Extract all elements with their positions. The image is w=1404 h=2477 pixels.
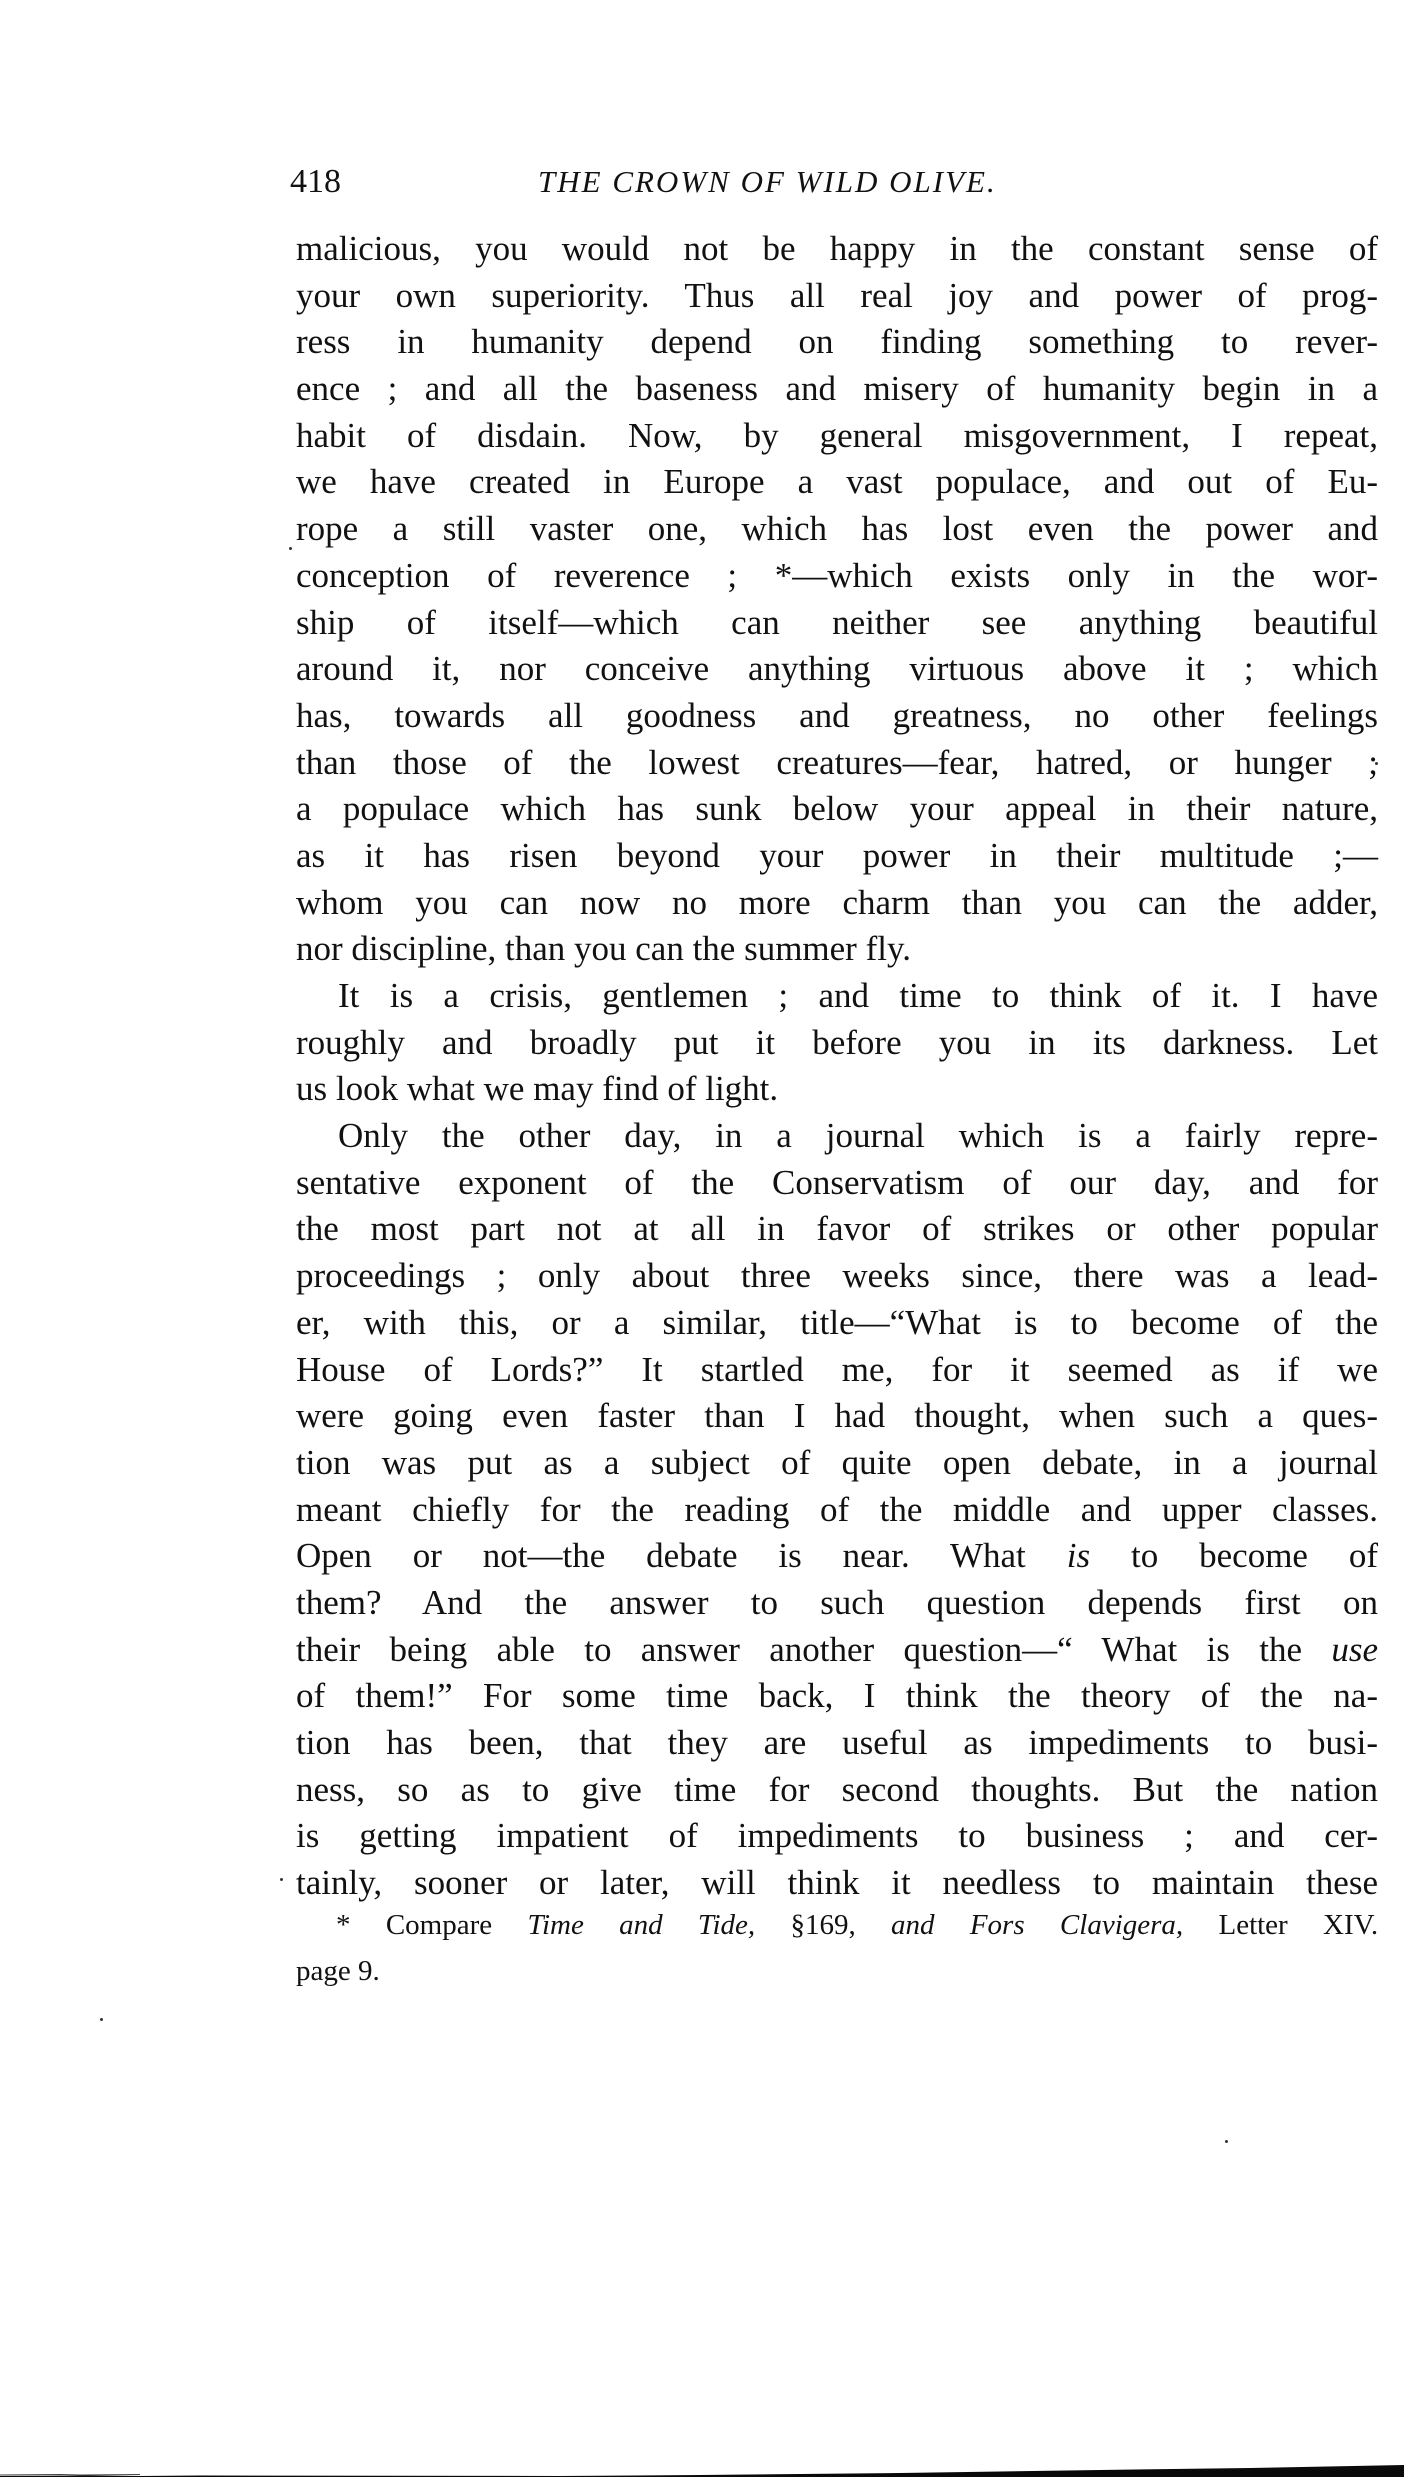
text-line-with-italic: Open or not—the debate is near. What is … [296,1533,1378,1580]
running-title: THE CROWN OF WILD OLIVE. [538,160,997,204]
text-line: sentative exponent of the Conservatism o… [296,1160,1378,1207]
text-line: as it has risen beyond your power in the… [296,833,1378,880]
text-line: ship of itself—which can neither see any… [296,600,1378,647]
italic-emphasis: is [1067,1536,1090,1575]
text-line: ness, so as to give time for second thou… [296,1767,1378,1814]
text-line: House of Lords?” It startled me, for it … [296,1347,1378,1394]
text-line: whom you can now no more charm than you … [296,880,1378,927]
footnote-work-title: Fors Clavigera, [970,1909,1183,1941]
text-line-with-italic: their being able to answer another quest… [296,1627,1378,1674]
running-head: 418 THE CROWN OF WILD OLIVE. [290,160,1380,204]
text-line: ress in humanity depend on finding somet… [296,319,1378,366]
scan-speck [100,2018,103,2021]
text-line: nor discipline, than you can the summer … [296,926,1378,973]
book-page: 418 THE CROWN OF WILD OLIVE. malicious, … [0,0,1404,2477]
footnote-text: and [891,1909,935,1941]
footnote-letter: Letter XIV. [1218,1909,1378,1941]
text-line: has, towards all goodness and greatness,… [296,693,1378,740]
footnote-section: §169, [790,1909,855,1941]
text-line: ence ; and all the baseness and misery o… [296,366,1378,413]
footnote-work-title: Time and Tide, [527,1909,755,1941]
text-line: of them!” For some time back, I think th… [296,1673,1378,1720]
footnote: * Compare Time and Tide, §169, and Fors … [296,1902,1378,1994]
paragraph-start-line: It is a crisis, gentlemen ; and time to … [296,973,1378,1020]
page-number: 418 [290,160,341,204]
text-line: the most part not at all in favor of str… [296,1206,1378,1253]
text-line: tion has been, that they are useful as i… [296,1720,1378,1767]
text-line: habit of disdain. Now, by general misgov… [296,413,1378,460]
text-line: we have created in Europe a vast populac… [296,459,1378,506]
footnote-line: page 9. [296,1948,1378,1994]
footnote-marker: * [336,1909,351,1941]
text-line: malicious, you would not be happy in the… [296,226,1378,273]
text-line: tion was put as a subject of quite open … [296,1440,1378,1487]
text-line: tainly, sooner or later, will think it n… [296,1860,1378,1907]
scan-speck [289,547,292,550]
text-segment: to become of [1131,1536,1378,1575]
text-line: is getting impatient of impediments to b… [296,1813,1378,1860]
text-line: them? And the answer to such question de… [296,1580,1378,1627]
text-line: around it, nor conceive anything virtuou… [296,646,1378,693]
text-line: us look what we may find of light. [296,1066,1378,1113]
scan-speck [1225,2140,1228,2143]
scan-speck [1375,762,1378,765]
text-line: er, with this, or a similar, title—“What… [296,1300,1378,1347]
text-line: roughly and broadly put it before you in… [296,1020,1378,1067]
text-line: proceedings ; only about three weeks sin… [296,1253,1378,1300]
paragraph-start-line: Only the other day, in a journal which i… [296,1113,1378,1160]
scan-speck [280,1878,283,1881]
text-segment: Open or not—the debate is near. What [296,1536,1026,1575]
text-line: meant chiefly for the reading of the mid… [296,1487,1378,1534]
text-line: conception of reverence ; *—which exists… [296,553,1378,600]
text-line: your own superiority. Thus all real joy … [296,273,1378,320]
italic-emphasis: use [1331,1630,1378,1669]
footnote-text: Compare [386,1909,492,1941]
text-line: rope a still vaster one, which has lost … [296,506,1378,553]
text-line: than those of the lowest creatures—fear,… [296,740,1378,787]
scan-edge-line [0,2463,1404,2477]
body-text: malicious, you would not be happy in the… [296,226,1378,1907]
text-line: were going even faster than I had though… [296,1393,1378,1440]
text-line: a populace which has sunk below your app… [296,786,1378,833]
text-segment: their being able to answer another quest… [296,1630,1302,1669]
footnote-line: * Compare Time and Tide, §169, and Fors … [296,1902,1378,1948]
